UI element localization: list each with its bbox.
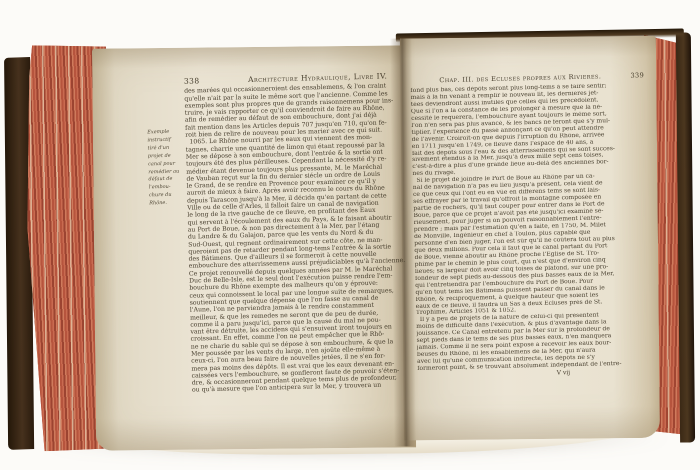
- left-margin-note: Exempleinstructiftiré d'unprojet decanal…: [147, 128, 186, 208]
- left-page-text: 338 Architecture Hydraulique, Livre IV. …: [184, 71, 444, 394]
- left-page-number: 338: [184, 77, 200, 85]
- open-book: Exempleinstructiftiré d'unprojet decanal…: [4, 26, 696, 457]
- text-line: Rhône.: [149, 200, 186, 209]
- left-body-text: des marées qui occasionneroient des ensa…: [184, 81, 444, 394]
- right-body-text: fond plus bas, ces dépôts seront plus lo…: [410, 82, 651, 373]
- photo-background: Exempleinstructiftiré d'unprojet decanal…: [0, 0, 700, 470]
- right-page-text: Chap. III. des Ecluses propres aux Rivie…: [410, 72, 651, 381]
- leather-board-right: [676, 32, 695, 442]
- right-page-number: 339: [630, 72, 644, 79]
